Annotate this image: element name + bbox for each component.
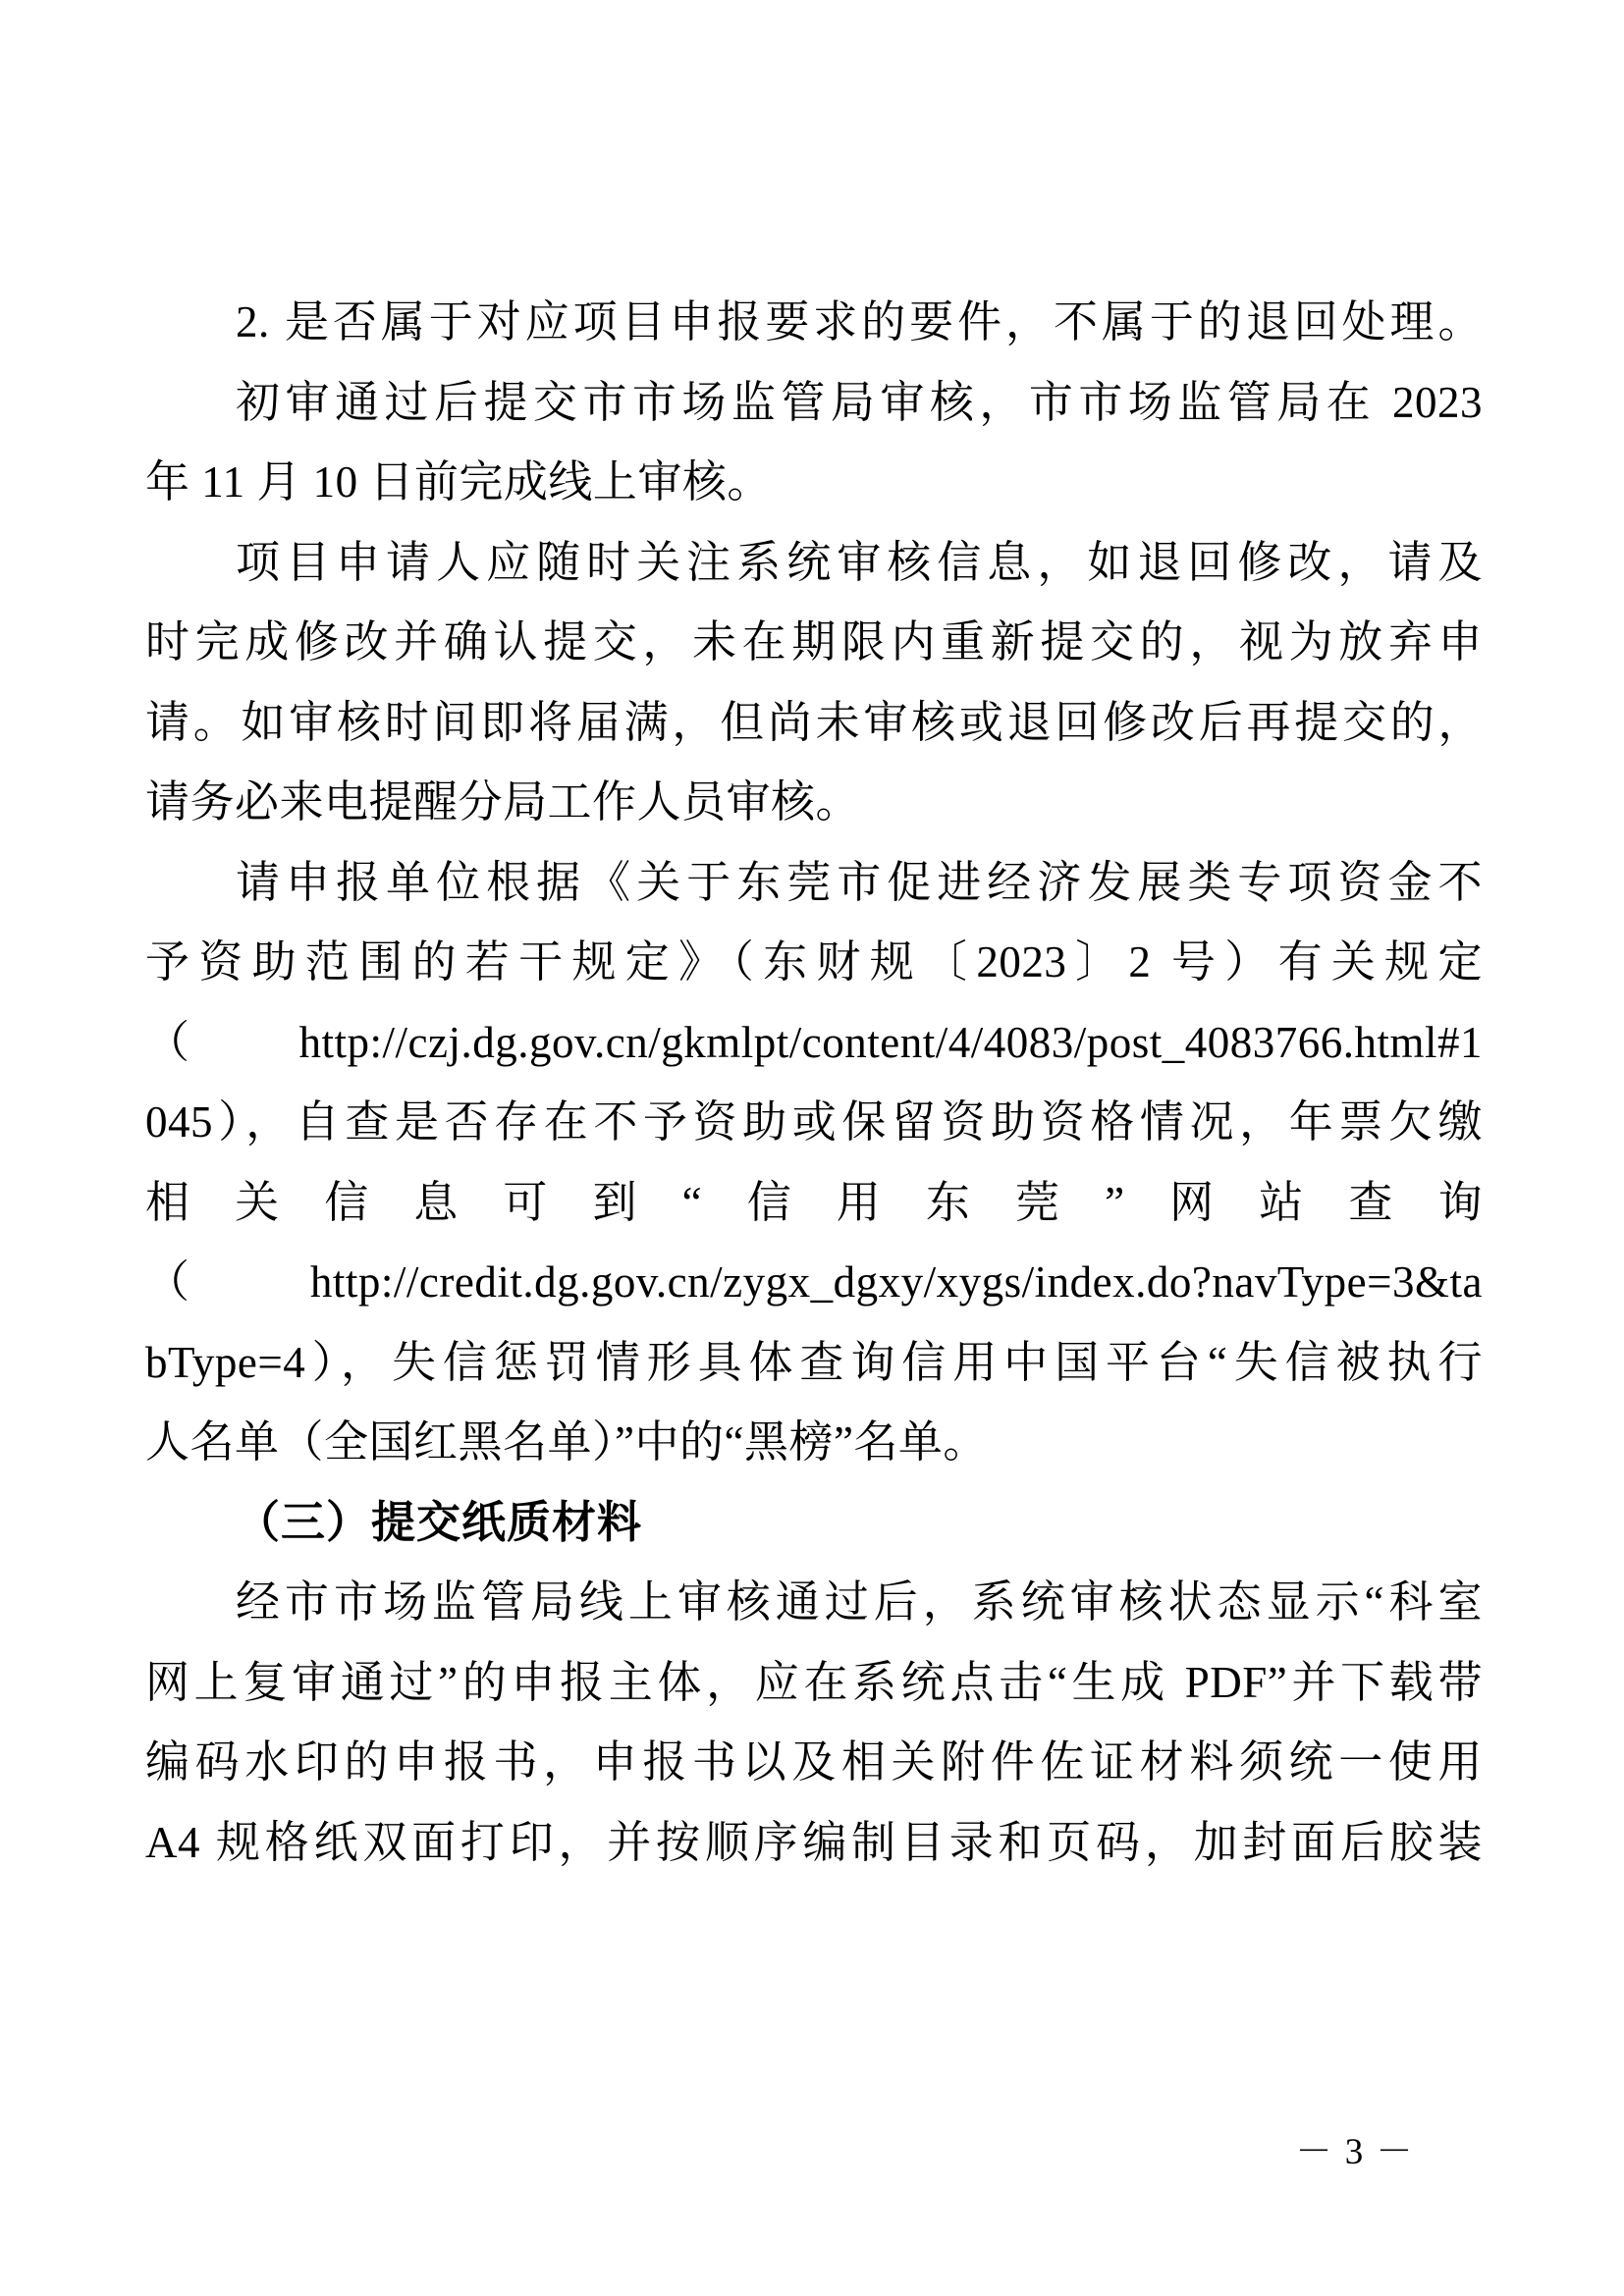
text-line: 请务必来电提醒分局工作人员审核。	[145, 763, 1483, 843]
text-line: 2. 是否属于对应项目申报要求的要件，不属于的退回处理。	[145, 283, 1483, 363]
text-line: 人名单（全国红黑名单）”中的“黑榜”名单。	[145, 1403, 1483, 1483]
text-line: A4 规格纸双面打印，并按顺序编制目录和页码，加封面后胶装	[145, 1803, 1483, 1884]
text-line: 项目申请人应随时关注系统审核信息，如退回修改，请及	[145, 523, 1483, 604]
text-line: 相关信息可到“信用东莞”网站查询	[145, 1163, 1483, 1244]
text-line: 初审通过后提交市市场监管局审核，市市场监管局在 2023	[145, 363, 1483, 444]
text-line: 年 11 月 10 日前完成线上审核。	[145, 443, 1483, 523]
url-line: （ http://credit.dg.gov.cn/zygx_dgxy/xygs…	[145, 1243, 1483, 1323]
text-line: 请申报单位根据《关于东莞市促进经济发展类专项资金不	[145, 843, 1483, 924]
section-heading: （三）提交纸质材料	[145, 1483, 1483, 1564]
text-line: 予资助范围的若干规定》（东财规〔2023〕2 号）有关规定	[145, 923, 1483, 1003]
document-page: 2. 是否属于对应项目申报要求的要件，不属于的退回处理。 初审通过后提交市市场监…	[0, 0, 1624, 2296]
url-line: （ http://czj.dg.gov.cn/gkmlpt/content/4/…	[145, 1003, 1483, 1084]
document-body: 2. 是否属于对应项目申报要求的要件，不属于的退回处理。 初审通过后提交市市场监…	[145, 283, 1483, 1883]
text-line: 045），自查是否存在不予资助或保留资助资格情况，年票欠缴	[145, 1083, 1483, 1163]
text-line: 网上复审通过”的申报主体，应在系统点击“生成 PDF”并下载带	[145, 1643, 1483, 1724]
text-line: 请。如审核时间即将届满，但尚未审核或退回修改后再提交的，	[145, 683, 1483, 764]
text-line: 经市市场监管局线上审核通过后，系统审核状态显示“科室	[145, 1563, 1483, 1643]
text-line: 时完成修改并确认提交，未在期限内重新提交的，视为放弃申	[145, 603, 1483, 683]
page-number: － 3 －	[1272, 2128, 1438, 2177]
text-line: 编码水印的申报书，申报书以及相关附件佐证材料须统一使用	[145, 1723, 1483, 1803]
text-line: bType=4），失信惩罚情形具体查询信用中国平台“失信被执行	[145, 1323, 1483, 1404]
